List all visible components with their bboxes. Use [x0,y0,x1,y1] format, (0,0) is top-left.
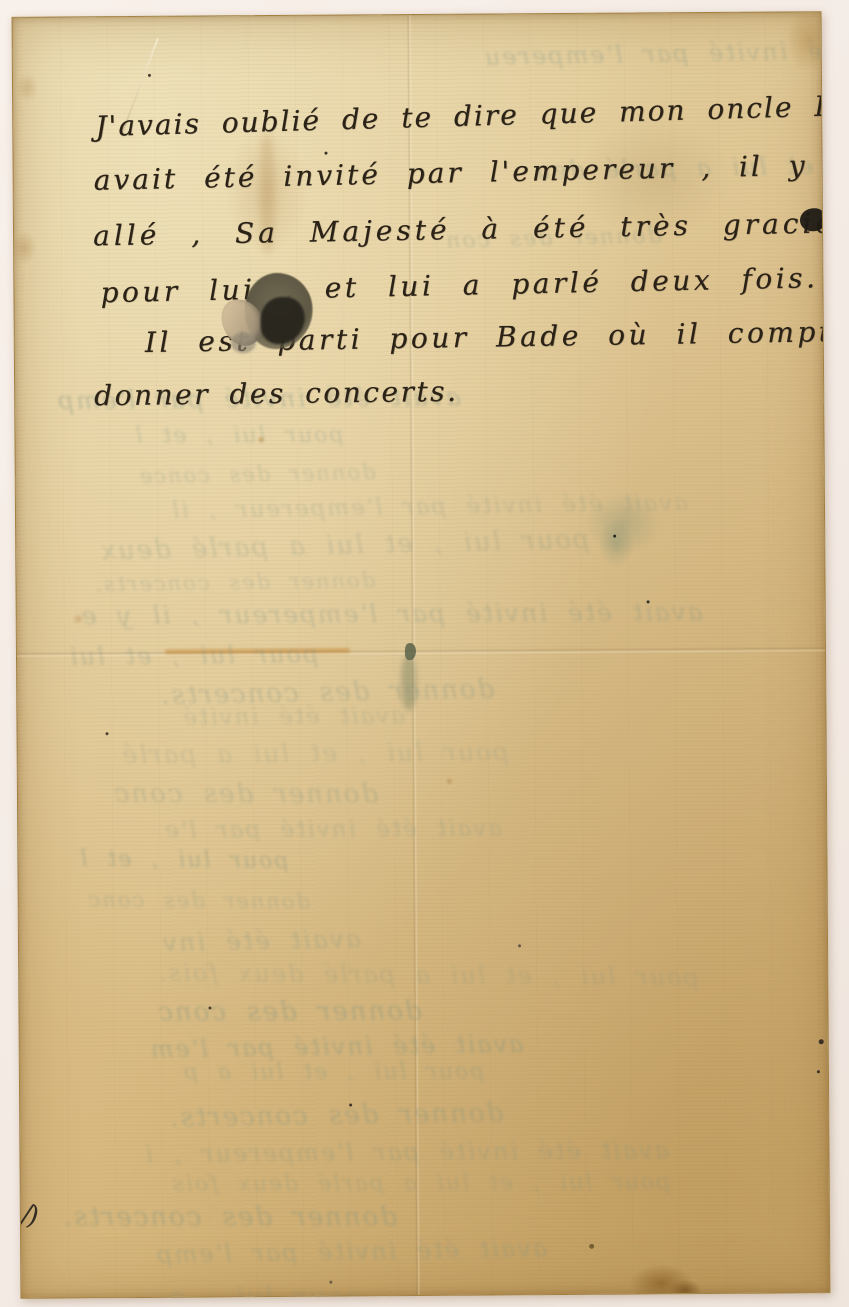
bleedthrough-line: donner des concerts. [93,568,375,596]
bleedthrough-line: donner des conce [138,460,376,488]
bleedthrough-line: pour lui , et lui a parlé deux fois. [157,958,699,991]
dirt-specks [13,18,16,21]
bleedthrough-line: donner des conc [87,887,311,913]
bleedthrough-line: donner des concerts. [62,1202,397,1232]
ink-blot-tail [231,332,256,353]
bleedthrough-line: pour lui , et l [133,423,343,449]
handwritten-line-6: donner des concerts. [94,375,459,412]
bleedthrough-line: pour lui , et lui [68,641,319,671]
bleedthrough-line: pour lui , et l [78,847,288,874]
edge-ink-blot [800,208,826,231]
scan-surface: avait été invité par l'empereupour lui ,… [0,0,849,1307]
bleedthrough-line: pour lui , et lui a p [182,1059,485,1085]
bleedthrough-line: avait été inv [161,924,361,957]
bleedthrough-line: avait été invité [181,703,405,731]
bleedthrough-line: pour lui , e [168,1283,362,1299]
bleedthrough-line: avait été invité par l'emp [155,1234,547,1268]
letter-page: avait été invité par l'empereupour lui ,… [12,11,831,1299]
bleedthrough-line: donner des concerts. [168,1098,503,1133]
bleedthrough-line: avait été invité par l'e [163,816,502,844]
bleedthrough-line: avait été invité par l'empereur , il y e [80,597,703,630]
bleedthrough-line: avait été invité par l'empereur , i [143,1136,669,1168]
bleedthrough-line: donner des conc [156,997,421,1028]
bleedthrough-line: pour lui , et lui a parlé [121,737,510,769]
bleedthrough-line: donner des conc [113,779,378,809]
bleedthrough-line: pour lui , et lui a parlé deux fois [171,1170,671,1197]
